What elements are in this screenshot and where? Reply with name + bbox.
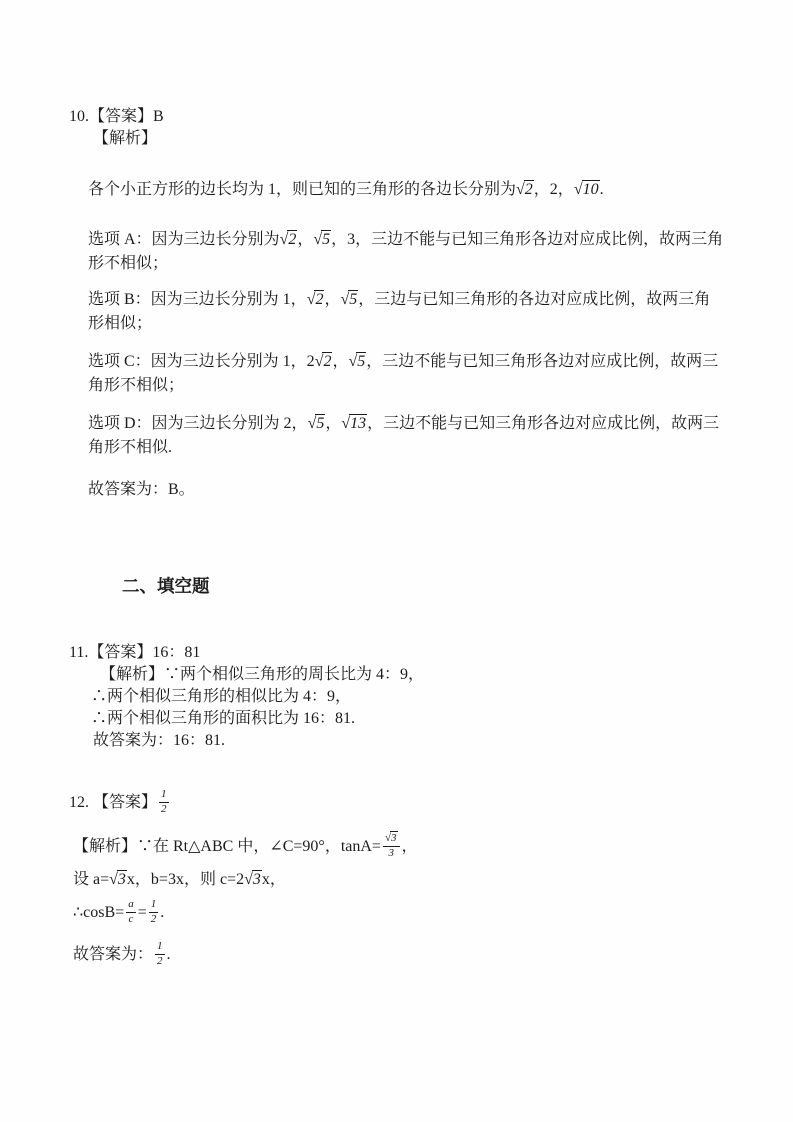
radicand: 5 [321, 230, 331, 248]
q10-answer-line: 10.【答案】B [69, 106, 733, 128]
sqrt-radical: √5 [340, 290, 358, 308]
sqrt-radical: √5 [348, 352, 366, 370]
fraction-denominator: c [126, 913, 136, 926]
radicand: 5 [348, 290, 358, 308]
radical-sign-icon: √ [341, 415, 349, 432]
fraction: √33 [383, 833, 400, 859]
sqrt-radical: √5 [308, 414, 326, 432]
q10-conclusion: 故答案为：B。 [88, 478, 733, 502]
radicand: 10 [582, 180, 600, 198]
fraction-denominator: 2 [155, 955, 165, 968]
fraction-numerator: 1 [159, 789, 169, 803]
radicand: 2 [322, 352, 332, 370]
sqrt-radical: √2 [307, 290, 325, 308]
radical-sign-icon: √ [313, 231, 321, 248]
fraction: 12 [149, 899, 159, 925]
fraction: 12 [159, 789, 169, 815]
fraction-numerator: 1 [149, 899, 159, 913]
radicand: 13 [349, 414, 367, 432]
radicand: 5 [315, 414, 325, 432]
fraction: ac [126, 899, 136, 925]
document-page: 10.【答案】B【解析】各个小正方形的边长均为 1，则已知的三角形的各边长分别为… [0, 0, 793, 1122]
sqrt-radical: √3 [109, 870, 127, 888]
fraction-denominator: 2 [149, 913, 159, 926]
q11-conclusion: 故答案为：16：81. [93, 730, 733, 752]
q12-conclusion: 故答案为：12. [73, 940, 733, 970]
q12-analysis-line1: 【解析】∵在 Rt△ABC 中，∠C=90°，tanA=√33， [73, 832, 733, 862]
q10-intro: 各个小正方形的边长均为 1，则已知的三角形的各边长分别为√2，2，√10. [88, 178, 733, 202]
sqrt-radical: √2 [280, 230, 298, 248]
sqrt-radical: √2 [315, 352, 333, 370]
fraction-denominator: 2 [159, 803, 169, 816]
q11-analysis-line3: ∴两个相似三角形的面积比为 16：81. [91, 708, 733, 730]
q10-option-b: 选项 B：因为三边长分别为 1，√2，√5，三边与已知三角形的各边对应成比例，故… [88, 288, 733, 336]
q11-analysis-line2: ∴两个相似三角形的相似比为 4：9， [91, 686, 733, 708]
radicand: 3 [390, 831, 398, 844]
radicand: 2 [524, 180, 534, 198]
radicand: 2 [287, 230, 297, 248]
document-body: 10.【答案】B【解析】各个小正方形的边长均为 1，则已知的三角形的各边长分别为… [69, 106, 733, 970]
radicand: 3 [252, 870, 262, 888]
sqrt-radical: √10 [574, 180, 600, 198]
fraction-numerator: 1 [155, 941, 165, 955]
q11-answer-line: 11.【答案】16：81 [69, 642, 733, 664]
radicand: 5 [356, 352, 366, 370]
sqrt-radical: √3 [244, 870, 262, 888]
radical-sign-icon: √ [109, 871, 117, 888]
q10-analysis-label: 【解析】 [93, 128, 733, 150]
fraction-numerator: √3 [383, 833, 400, 847]
q12-analysis-line3: ∴cosB=ac=12. [73, 898, 733, 928]
q12-answer-line: 12. 【答案】12 [69, 788, 733, 818]
q10-option-c: 选项 C：因为三边长分别为 1，2√2，√5，三边不能与已知三角形各边对应成比例… [88, 350, 733, 398]
radical-sign-icon: √ [516, 181, 524, 198]
q11-analysis-line1: 【解析】∵两个相似三角形的周长比为 4：9， [100, 664, 733, 686]
radicand: 3 [117, 870, 127, 888]
section-heading: 二、填空题 [122, 574, 733, 598]
q10-option-d: 选项 D：因为三边长分别为 2，√5，√13，三边不能与已知三角形各边对应成比例… [88, 412, 733, 460]
radical-sign-icon: √ [574, 181, 582, 198]
sqrt-radical: √2 [516, 180, 534, 198]
sqrt-radical: √13 [341, 414, 367, 432]
q12-analysis-line2: 设 a=√3x，b=3x，则 c=2√3x， [73, 868, 733, 892]
fraction-denominator: 3 [383, 847, 400, 860]
sqrt-radical: √3 [385, 831, 398, 844]
fraction: 12 [155, 941, 165, 967]
radicand: 2 [314, 290, 324, 308]
radical-sign-icon: √ [244, 871, 252, 888]
sqrt-radical: √5 [313, 230, 331, 248]
fraction-numerator: a [126, 899, 136, 913]
q10-option-a: 选项 A：因为三边长分别为√2，√5，3，三边不能与已知三角形各边对应成比例，故… [88, 228, 733, 276]
